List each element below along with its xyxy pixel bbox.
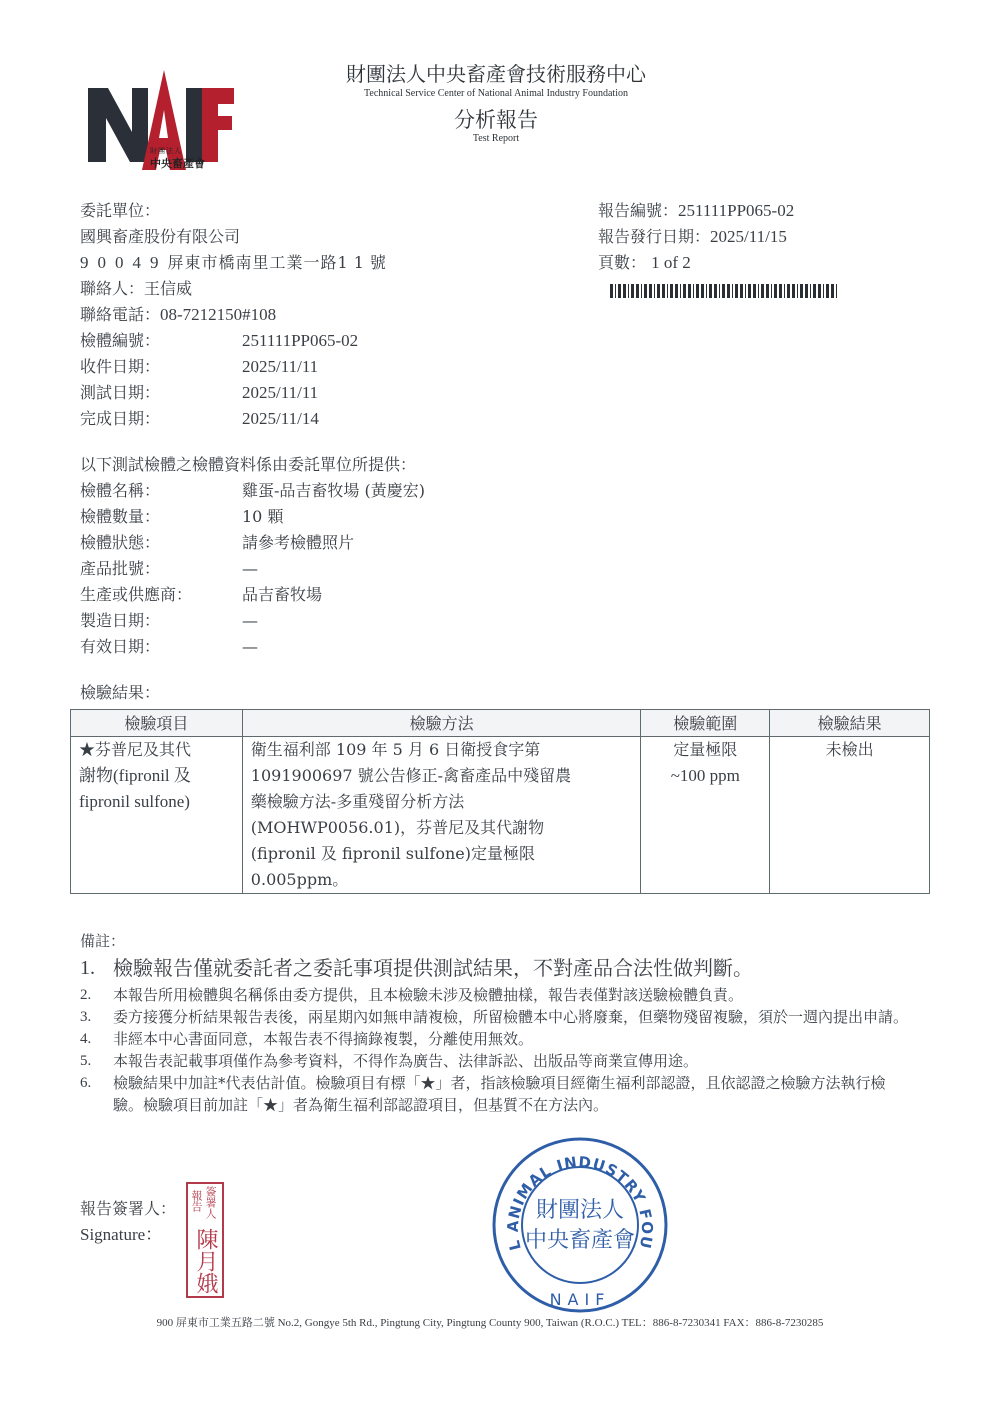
svg-text:NAIF: NAIF <box>550 1290 611 1309</box>
results-header-row: 檢驗項目 檢驗方法 檢驗範圍 檢驗結果 <box>71 710 930 737</box>
report-title-zh: 分析報告 <box>0 104 996 134</box>
batch-number-row: 產品批號：— <box>80 556 425 582</box>
notes-block: 備註： 1.檢驗報告僅就委託者之委託事項提供測試結果，不對產品合法性做判斷。 2… <box>80 930 910 1116</box>
svg-text:財團法人: 財團法人 <box>536 1198 624 1223</box>
organization-name-zh: 財團法人中央畜產會技術服務中心 <box>0 58 996 87</box>
signer-name: 陳月娥 <box>194 1228 216 1294</box>
manufacture-date-row: 製造日期：— <box>80 608 425 634</box>
column-header-result: 檢驗結果 <box>770 710 930 737</box>
organization-name-en: Technical Service Center of National Ani… <box>0 88 996 99</box>
completion-date-row: 完成日期：2025/11/14 <box>80 406 392 432</box>
expiry-date-row: 有效日期：— <box>80 634 425 660</box>
pages-row: 頁數： 1 of 2 <box>598 250 794 276</box>
results-label: 檢驗結果： <box>80 680 160 706</box>
client-company: 國興畜產股份有限公司 <box>80 224 392 250</box>
note-item: 5.本報告表記載事項僅作為參考資料，不得作為廣告、法律訴訟、出版品等商業宣傳用途… <box>80 1050 910 1072</box>
column-header-range: 檢驗範圍 <box>641 710 770 737</box>
test-result-cell: 未檢出 <box>770 737 930 894</box>
official-seal: NATIONAL ANIMAL INDUSTRY FOUNDATION NAIF… <box>490 1135 670 1315</box>
note-item: 3.委方接獲分析結果報告表後，兩星期內如無申請複檢，所留檢體本中心將廢棄，但藥物… <box>80 1006 910 1028</box>
sample-quantity-row: 檢體數量：10 顆 <box>80 504 425 530</box>
issue-date-row: 報告發行日期：2025/11/15 <box>598 224 794 250</box>
signature-label: 報告簽署人： Signature： <box>80 1196 176 1248</box>
report-number-row: 報告編號：251111PP065-02 <box>598 198 794 224</box>
phone-label: 聯絡電話： <box>80 305 160 324</box>
table-row: ★芬普尼及其代 謝物(fipronil 及 fipronil sulfone) … <box>71 737 930 894</box>
column-header-item: 檢驗項目 <box>71 710 243 737</box>
phone-row: 聯絡電話：08-7212150#108 <box>80 302 392 328</box>
report-title-en: Test Report <box>0 133 996 144</box>
address-number: 11號 <box>338 253 392 272</box>
sample-info-block: 以下測試檢體之檢體資料係由委託單位所提供： 檢體名稱：雞蛋-品吉畜牧場 (黃慶宏… <box>80 452 425 660</box>
note-item: 2.本報告所用檢體與名稱係由委方提供，且本檢驗未涉及檢體抽樣，報告表僅對該送驗檢… <box>80 984 910 1006</box>
footer-address: 900 屏東市工業五路二號 No.2, Gongye 5th Rd., Ping… <box>0 1314 990 1330</box>
report-info-block: 報告編號：251111PP065-02 報告發行日期：2025/11/15 頁數… <box>598 198 794 276</box>
note-item: 6.檢驗結果中加註*代表估計值。檢驗項目有標「★」者，指該檢驗項目經衛生福利部認… <box>80 1072 910 1116</box>
test-method-cell: 衛生福利部 109 年 5 月 6 日衛授食字第 1091900697 號公告修… <box>242 737 641 894</box>
sample-intro: 以下測試檢體之檢體資料係由委託單位所提供： <box>80 452 425 478</box>
results-table: 檢驗項目 檢驗方法 檢驗範圍 檢驗結果 ★芬普尼及其代 謝物(fipronil … <box>70 709 930 894</box>
note-item: 1.檢驗報告僅就委託者之委託事項提供測試結果，不對產品合法性做判斷。 <box>80 952 910 984</box>
column-header-method: 檢驗方法 <box>242 710 641 737</box>
test-item-cell: ★芬普尼及其代 謝物(fipronil 及 fipronil sulfone) <box>71 737 243 894</box>
phone-value: 08-7212150#108 <box>160 305 276 324</box>
client-label: 委託單位： <box>80 198 392 224</box>
sample-status-row: 檢體狀態：請參考檢體照片 <box>80 530 425 556</box>
test-range-cell: 定量極限 ~100 ppm <box>641 737 770 894</box>
client-address: 90049屏東市橋南里工業一路11號 <box>80 250 392 276</box>
signature-stamp: 報告 簽署人 陳月娥 <box>186 1182 224 1298</box>
received-date-row: 收件日期：2025/11/11 <box>80 354 392 380</box>
test-date-row: 測試日期：2025/11/11 <box>80 380 392 406</box>
svg-text:中央畜產會: 中央畜產會 <box>525 1228 635 1253</box>
contact-label: 聯絡人： <box>80 279 144 298</box>
note-item: 4.非經本中心書面同意，本報告表不得摘錄複製，分離使用無效。 <box>80 1028 910 1050</box>
client-block: 委託單位： 國興畜產股份有限公司 90049屏東市橋南里工業一路11號 聯絡人：… <box>80 198 392 432</box>
sample-id-row: 檢體編號：251111PP065-02 <box>80 328 392 354</box>
barcode <box>610 284 838 298</box>
address-zip: 90049 <box>80 253 168 272</box>
supplier-row: 生產或供應商：品吉畜牧場 <box>80 582 425 608</box>
contact-row: 聯絡人：王信威 <box>80 276 392 302</box>
address-text: 屏東市橋南里工業一路 <box>168 253 338 272</box>
contact-name: 王信威 <box>144 279 192 298</box>
notes-title: 備註： <box>80 930 910 952</box>
sample-name-row: 檢體名稱：雞蛋-品吉畜牧場 (黃慶宏) <box>80 478 425 504</box>
logo-subtitle: 中央畜產會 <box>150 155 205 171</box>
